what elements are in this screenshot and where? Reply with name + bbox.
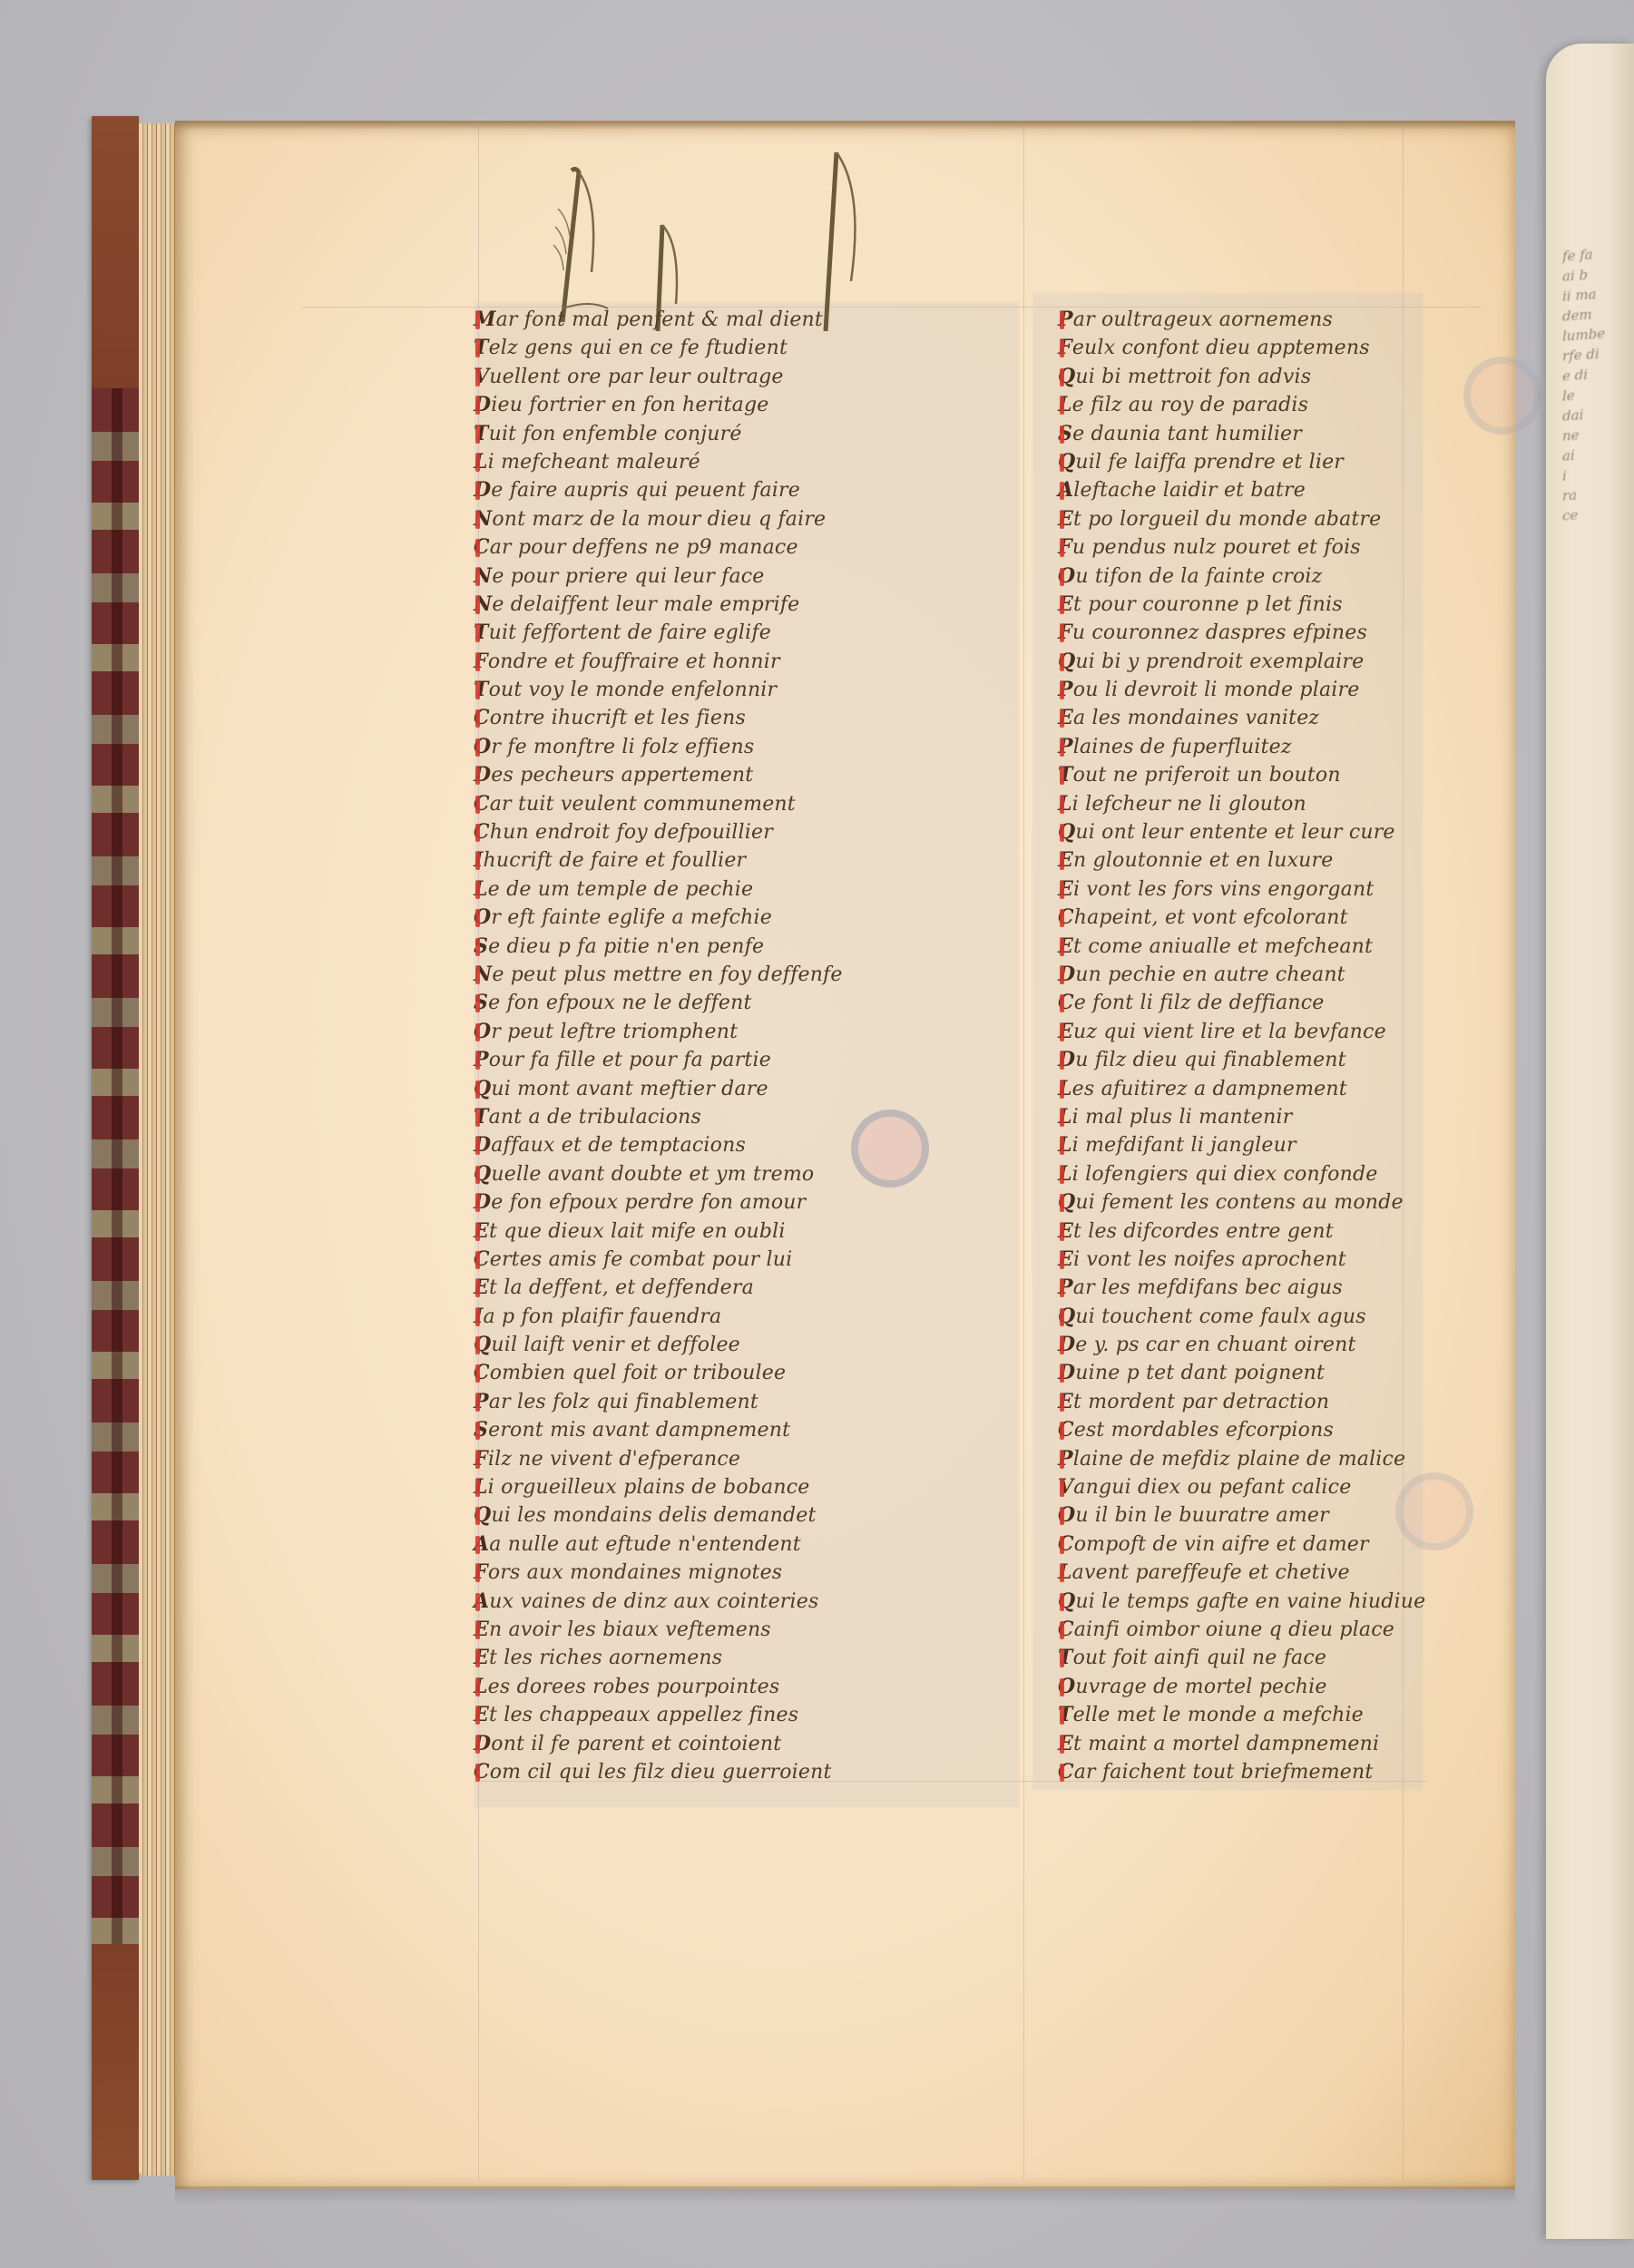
verse-text: ar font mal penfent & mal dient: [496, 308, 823, 331]
rubricated-initial: Q: [1058, 648, 1075, 676]
verse-text: un pechie en autre cheant: [1075, 963, 1345, 986]
verse-line: Plaines de fuperfluitez: [1058, 733, 1530, 761]
verse-text: r fe monftre li folz effiens: [491, 736, 754, 758]
verse-text: hucrift de faire et foullier: [484, 849, 747, 872]
rubricated-initial: O: [474, 733, 491, 761]
verse-line: Et les chappeaux appellez fines: [474, 1701, 982, 1729]
verse-line: Car faichent tout briefmement: [1058, 1758, 1530, 1786]
leaf-bottom-shadow: [175, 2186, 1515, 2204]
verse-text: i orgueilleux plains de bobance: [488, 1476, 810, 1499]
rubricated-initial: T: [474, 676, 489, 704]
verse-text: a p fon plaifir fauendra: [484, 1305, 722, 1328]
verse-text: hun endroit foy defpouillier: [490, 821, 773, 844]
verse-text: om cil qui les filz dieu guerroient: [490, 1761, 832, 1784]
verse-text: est mordables efcorpions: [1074, 1419, 1334, 1442]
verse-text: ontre ihucrift et les fiens: [490, 707, 746, 729]
rubricated-initial: D: [474, 1730, 491, 1758]
verse-text: ompoft de vin aifre et damer: [1074, 1533, 1369, 1556]
rubricated-initial: Q: [1058, 1588, 1075, 1616]
rubricated-initial: T: [474, 619, 489, 647]
verse-line: Ia p fon plaifir fauendra: [474, 1303, 982, 1331]
rubricated-initial: D: [1058, 1359, 1075, 1387]
verse-line: Qui les mondains delis demandet: [474, 1501, 982, 1530]
verse-text: i lofengiers qui diex confonde: [1072, 1163, 1378, 1186]
verse-line: Quil fe laiffa prendre et lier: [1058, 448, 1530, 476]
verse-text: t les chappeaux appellez fines: [489, 1704, 798, 1726]
verse-line: Li mal plus li mantenir: [1058, 1103, 1530, 1131]
rubricated-initial: F: [474, 1559, 488, 1587]
verse-text: affaux et de temptacions: [491, 1134, 746, 1157]
rubricated-initial: Q: [1058, 818, 1075, 846]
verse-line: Aux vaines de dinz aux cointeries: [474, 1588, 982, 1616]
verse-text: ont marz de la mour dieu q faire: [492, 508, 826, 531]
rubricated-initial: P: [1058, 733, 1073, 761]
recto-visible-text: fe faai bii mademlumberfe die diledainea…: [1562, 243, 1606, 525]
verse-line: Et maint a mortel dampnemeni: [1058, 1730, 1530, 1758]
verse-text: e fon efpoux perdre fon amour: [491, 1191, 806, 1214]
rubricated-initial: E: [1058, 1246, 1073, 1274]
verse-text: ui mont avant meftier dare: [491, 1078, 768, 1100]
verse-line: Filz ne vivent d'efperance: [474, 1445, 982, 1473]
rubricated-initial: D: [1058, 1331, 1075, 1359]
verse-line: Se dieu p fa pitie n'en penfe: [474, 933, 982, 961]
verse-line: Pour fa fille et pour fa partie: [474, 1046, 982, 1074]
verse-line: Feulx confont dieu apptemens: [1058, 334, 1530, 362]
rubricated-initial: S: [474, 933, 488, 961]
verse-text: avent pareffeufe et chetive: [1072, 1561, 1350, 1584]
verse-line: Se fon efpoux ne le deffent: [474, 989, 982, 1017]
verse-text: eront mis avant dampnement: [488, 1419, 790, 1442]
verse-line: Lavent pareffeufe et chetive: [1058, 1559, 1530, 1587]
verse-line: Car pour deffens ne p9 manace: [474, 533, 982, 562]
verse-line: Tant a de tribulacions: [474, 1103, 982, 1131]
recto-fragment: ce: [1562, 503, 1606, 525]
verse-line: Et po lorgueil du monde abatre: [1058, 505, 1530, 533]
verse-text: t la deffent, et deffendera: [489, 1276, 754, 1299]
rubricated-initial: Q: [474, 1160, 491, 1188]
verse-text: leftache laidir et batre: [1073, 479, 1306, 502]
verse-text: e daunia tant humilier: [1072, 423, 1302, 445]
verse-line: Li lefcheur ne li glouton: [1058, 790, 1530, 818]
rubricated-initial: F: [474, 1445, 488, 1473]
rubricated-initial: C: [474, 533, 490, 562]
verse-text: uine p tet dant poignent: [1075, 1362, 1325, 1384]
rubricated-initial: C: [474, 790, 490, 818]
rubricated-initial: Q: [1058, 1188, 1075, 1217]
verse-line: Tout voy le monde enfelonnir: [474, 676, 982, 704]
verse-line: Fors aux mondaines mignotes: [474, 1559, 982, 1587]
verse-line: Le filz au roy de paradis: [1058, 391, 1530, 419]
verse-line: Ea les mondaines vanitez: [1058, 704, 1530, 732]
verse-line: Le de um temple de pechie: [474, 875, 982, 904]
rubricated-initial: L: [1058, 1559, 1072, 1587]
verse-text: ombien quel foit or triboulee: [490, 1362, 787, 1384]
verse-text: e peut plus mettre en foy deffenfe: [492, 963, 842, 986]
verse-text: u tifon de la fainte croiz: [1075, 565, 1322, 588]
rubricated-initial: E: [1058, 505, 1073, 533]
rubricated-initial: T: [1058, 1644, 1073, 1672]
rubricated-initial: N: [474, 562, 492, 591]
rubricated-initial: E: [1058, 846, 1073, 875]
verse-text: ors aux mondaines mignotes: [488, 1561, 782, 1584]
verse-text: uil fe laiffa prendre et lier: [1075, 451, 1344, 474]
verse-text: ar pour deffens ne p9 manace: [490, 536, 798, 559]
verse-text: ar tuit veulent communement: [490, 793, 796, 816]
verse-text: angui diex ou pefant calice: [1073, 1476, 1351, 1499]
verse-text: t maint a mortel dampnemeni: [1073, 1733, 1379, 1755]
verse-text: n gloutonnie et en luxure: [1073, 849, 1334, 872]
rubricated-initial: D: [474, 1131, 491, 1159]
cadel-flourish-1: [535, 163, 626, 327]
rubricated-initial: P: [474, 1046, 489, 1074]
rubricated-initial: D: [474, 476, 491, 504]
rubricated-initial: O: [1058, 1501, 1075, 1530]
rubricated-initial: C: [474, 1246, 490, 1274]
rubricated-initial: L: [474, 875, 488, 904]
rubricated-initial: P: [1058, 1274, 1073, 1302]
rubricated-initial: Q: [1058, 448, 1075, 476]
verse-line: De faire aupris qui peuent faire: [474, 476, 982, 504]
verse-text: uil laift venir et deffolee: [491, 1334, 740, 1356]
verse-line: Fu pendus nulz pouret et fois: [1058, 533, 1530, 562]
rubricated-initial: L: [474, 1473, 488, 1501]
verse-text: uit feffortent de faire eglife: [489, 621, 771, 644]
rubricated-initial: A: [474, 1588, 489, 1616]
verse-line: En gloutonnie et en luxure: [1058, 846, 1530, 875]
verse-text: laine de mefdiz plaine de malice: [1073, 1448, 1406, 1471]
verse-line: Et mordent par detraction: [1058, 1388, 1530, 1416]
rubricated-initial: N: [474, 961, 492, 989]
rubricated-initial: E: [1058, 704, 1073, 732]
rubricated-initial: Q: [1058, 363, 1075, 391]
verse-text: hapeint, et vont efcolorant: [1074, 906, 1348, 929]
verse-line: Ne delaiffent leur male emprife: [474, 591, 982, 619]
verse-line: Ne pour priere qui leur face: [474, 562, 982, 591]
verse-text: ui touchent come faulx agus: [1075, 1305, 1365, 1328]
verse-column-right: Par oultrageux aornemensFeulx confont di…: [1058, 306, 1530, 1786]
verse-text: ui fement les contens au monde: [1075, 1191, 1403, 1214]
verse-line: Cest mordables efcorpions: [1058, 1416, 1530, 1444]
rubricated-initial: P: [474, 1388, 489, 1416]
verse-line: Et pour couronne p let finis: [1058, 591, 1530, 619]
verse-line: Dun pechie en autre cheant: [1058, 961, 1530, 989]
rubricated-initial: F: [474, 648, 488, 676]
verse-line: Par les mefdifans bec aigus: [1058, 1274, 1530, 1302]
verse-line: Or eft fainte eglife a mefchie: [474, 904, 982, 932]
verse-line: Fondre et fouffraire et honnir: [474, 648, 982, 676]
verse-line: Combien quel foit or triboulee: [474, 1359, 982, 1387]
rubricated-initial: C: [1058, 1416, 1074, 1444]
verse-line: Cainfi oimbor oiune q dieu place: [1058, 1616, 1530, 1644]
ruling-column-divider: [1023, 121, 1024, 2180]
verse-text: out foit ainfi quil ne face: [1073, 1647, 1327, 1669]
rubricated-initial: O: [474, 904, 491, 932]
verse-text: t les difcordes entre gent: [1073, 1220, 1334, 1243]
verse-line: Telle met le monde a mefchie: [1058, 1701, 1530, 1729]
verse-column-left: Mar font mal penfent & mal dientTelz gen…: [474, 306, 982, 1786]
verse-line: Or fe monftre li folz effiens: [474, 733, 982, 761]
rubricated-initial: A: [1058, 476, 1073, 504]
verse-line: Li lofengiers qui diex confonde: [1058, 1160, 1530, 1188]
verse-line: Plaine de mefdiz plaine de malice: [1058, 1445, 1530, 1473]
rubricated-initial: E: [474, 1701, 489, 1729]
verse-text: ertes amis fe combat pour lui: [490, 1248, 793, 1271]
verse-line: Du filz dieu qui finablement: [1058, 1046, 1530, 1074]
verse-text: ar oultrageux aornemens: [1073, 308, 1333, 331]
verse-line: Contre ihucrift et les fiens: [474, 704, 982, 732]
verse-text: e font li filz de deffiance: [1074, 992, 1325, 1014]
verse-text: ondre et fouffraire et honnir: [488, 650, 780, 673]
rubricated-initial: S: [1058, 420, 1072, 448]
verse-line: Tout ne priferoit un bouton: [1058, 761, 1530, 789]
rubricated-initial: M: [474, 306, 496, 334]
rubricated-initial: C: [474, 818, 490, 846]
verse-text: i vont les fors vins engorgant: [1073, 878, 1374, 901]
rubricated-initial: C: [474, 1359, 490, 1387]
verse-text: u pendus nulz pouret et fois: [1072, 536, 1361, 559]
verse-line: Pou li devroit li monde plaire: [1058, 676, 1530, 704]
verse-text: e faire aupris qui peuent faire: [491, 479, 800, 502]
verse-text: i vont les noifes aprochent: [1073, 1248, 1346, 1271]
binding-marbled-paper: [92, 388, 139, 1949]
rubricated-initial: C: [474, 704, 490, 732]
verse-line: Li mefcheant maleuré: [474, 448, 982, 476]
rubricated-initial: C: [1058, 1530, 1074, 1559]
verse-line: Li mefdifant li jangleur: [1058, 1131, 1530, 1159]
verse-text: uelle avant doubte et ym tremo: [491, 1163, 814, 1186]
verse-line: Qui bi y prendroit exemplaire: [1058, 648, 1530, 676]
verse-text: t les riches aornemens: [489, 1647, 722, 1669]
rubricated-initial: E: [1058, 875, 1073, 904]
verse-text: r eft fainte eglife a mefchie: [491, 906, 772, 929]
verse-line: Qui fement les contens au monde: [1058, 1188, 1530, 1217]
verse-line: Les dorees robes pourpointes: [474, 1673, 982, 1701]
verse-text: i mal plus li mantenir: [1072, 1106, 1293, 1129]
verse-line: Vangui diex ou pefant calice: [1058, 1473, 1530, 1501]
verse-line: Ce font li filz de deffiance: [1058, 989, 1530, 1017]
rubricated-initial: L: [1058, 1075, 1072, 1103]
verse-text: u il bin le buuratre amer: [1075, 1504, 1329, 1527]
rubricated-initial: E: [474, 1274, 489, 1302]
rubricated-initial: L: [1058, 790, 1072, 818]
verse-line: Fu couronnez daspres efpines: [1058, 619, 1530, 647]
verse-text: e pour priere qui leur face: [492, 565, 764, 588]
verse-text: ar faichent tout briefmement: [1074, 1761, 1374, 1784]
verse-text: ainfi oimbor oiune q dieu place: [1074, 1618, 1394, 1641]
verse-line: Et come aniualle et mefcheant: [1058, 933, 1530, 961]
verse-text: e fon efpoux ne le deffent: [488, 992, 751, 1014]
verse-text: e dieu p fa pitie n'en penfe: [488, 935, 764, 958]
verse-text: ux vaines de dinz aux cointeries: [489, 1590, 818, 1613]
rubricated-initial: D: [474, 391, 491, 419]
verse-text: ilz ne vivent d'efperance: [488, 1448, 740, 1471]
verse-text: u filz dieu qui finablement: [1075, 1049, 1345, 1071]
verse-text: ui le temps gafte en vaine hiudiue: [1075, 1590, 1425, 1613]
verse-text: eulx confont dieu apptemens: [1072, 337, 1370, 359]
binding-leather-bottom: [92, 1944, 139, 2180]
binding-leather-top: [92, 116, 139, 388]
rubricated-initial: F: [1058, 334, 1072, 362]
verse-text: e y. ps car en chuant oirent: [1075, 1334, 1355, 1356]
verse-line: Ei vont les fors vins engorgant: [1058, 875, 1530, 904]
rubricated-initial: P: [1058, 1445, 1073, 1473]
rubricated-initial: L: [1058, 391, 1072, 419]
verse-line: Com cil qui les filz dieu guerroient: [474, 1758, 982, 1786]
verse-text: i mefcheant maleuré: [488, 451, 700, 474]
verse-line: Ihucrift de faire et foullier: [474, 846, 982, 875]
rubricated-initial: T: [474, 1103, 489, 1131]
verse-line: De fon efpoux perdre fon amour: [474, 1188, 982, 1217]
rubricated-initial: O: [1058, 1673, 1075, 1701]
rubricated-initial: N: [474, 505, 492, 533]
rubricated-initial: V: [1058, 1473, 1073, 1501]
verse-line: Compoft de vin aifre et damer: [1058, 1530, 1530, 1559]
verse-text: e delaiffent leur male emprife: [492, 593, 799, 616]
rubricated-initial: C: [474, 1758, 490, 1786]
rubricated-initial: V: [474, 363, 489, 391]
verse-text: ar les folz qui finablement: [489, 1391, 758, 1413]
verse-text: e filz au roy de paradis: [1072, 394, 1308, 416]
verse-line: En avoir les biaux veftemens: [474, 1616, 982, 1644]
verse-line: Daffaux et de temptacions: [474, 1131, 982, 1159]
verse-text: ar les mefdifans bec aigus: [1073, 1276, 1343, 1299]
verse-text: t come aniualle et mefcheant: [1073, 935, 1373, 958]
verse-line: Tuit fon enfemble conjuré: [474, 420, 982, 448]
verse-text: out voy le monde enfelonnir: [489, 679, 778, 701]
verse-line: Ou il bin le buuratre amer: [1058, 1501, 1530, 1530]
verse-text: laines de fuperfluitez: [1073, 736, 1292, 758]
rubricated-initial: L: [1058, 1131, 1072, 1159]
verse-text: a nulle aut eftude n'entendent: [489, 1533, 800, 1556]
rubricated-initial: S: [474, 989, 488, 1017]
verse-line: Certes amis fe combat pour lui: [474, 1246, 982, 1274]
rubricated-initial: E: [1058, 933, 1073, 961]
rubricated-initial: L: [474, 448, 488, 476]
rubricated-initial: P: [1058, 676, 1073, 704]
verse-text: ui les mondains delis demandet: [491, 1504, 816, 1527]
verse-line: Ouvrage de mortel pechie: [1058, 1673, 1530, 1701]
verse-line: Vuellent ore par leur oultrage: [474, 363, 982, 391]
verse-line: Qui bi mettroit fon advis: [1058, 363, 1530, 391]
verse-text: ou li devroit li monde plaire: [1073, 679, 1360, 701]
verse-line: Tout foit ainfi quil ne face: [1058, 1644, 1530, 1672]
verse-line: Tuit feffortent de faire eglife: [474, 619, 982, 647]
verse-line: Ou tifon de la fainte croiz: [1058, 562, 1530, 591]
verse-line: Dieu fortrier en fon heritage: [474, 391, 982, 419]
verse-line: Qui touchent come faulx agus: [1058, 1303, 1530, 1331]
verse-line: Des pecheurs appertement: [474, 761, 982, 789]
verse-text: t mordent par detraction: [1073, 1391, 1329, 1413]
verse-line: Duine p tet dant poignent: [1058, 1359, 1530, 1387]
verse-text: a les mondaines vanitez: [1073, 707, 1319, 729]
verse-line: Par les folz qui finablement: [474, 1388, 982, 1416]
rubricated-initial: D: [1058, 961, 1075, 989]
rubricated-initial: C: [1058, 1616, 1074, 1644]
verse-text: ui bi y prendroit exemplaire: [1075, 650, 1364, 673]
rubricated-initial: O: [474, 1018, 491, 1046]
rubricated-initial: E: [1058, 1217, 1073, 1246]
verse-text: uvrage de mortel pechie: [1075, 1676, 1326, 1698]
verse-line: Ei vont les noifes aprochent: [1058, 1246, 1530, 1274]
verse-text: out ne priferoit un bouton: [1073, 764, 1341, 787]
rubricated-initial: T: [1058, 1701, 1073, 1729]
verse-line: Mar font mal penfent & mal dient: [474, 306, 982, 334]
rubricated-initial: A: [474, 1530, 489, 1559]
rubricated-initial: L: [1058, 1160, 1072, 1188]
verse-text: elle met le monde a mefchie: [1073, 1704, 1364, 1726]
verse-line: Qui le temps gafte en vaine hiudiue: [1058, 1588, 1530, 1616]
rubricated-initial: D: [1058, 1046, 1075, 1074]
rubricated-initial: E: [1058, 1018, 1073, 1046]
rubricated-initial: I: [474, 1303, 484, 1331]
verse-text: t pour couronne p let finis: [1073, 593, 1343, 616]
book-binding: [92, 116, 139, 2180]
verse-text: uit fon enfemble conjuré: [489, 423, 742, 445]
verse-line: Et les riches aornemens: [474, 1644, 982, 1672]
rubricated-initial: C: [1058, 1758, 1074, 1786]
verse-line: Et les difcordes entre gent: [1058, 1217, 1530, 1246]
rubricated-initial: E: [474, 1217, 489, 1246]
verse-line: Aa nulle aut eftude n'entendent: [474, 1530, 982, 1559]
verse-line: Se daunia tant humilier: [1058, 420, 1530, 448]
rubricated-initial: F: [1058, 619, 1072, 647]
verse-line: Qui ont leur entente et leur cure: [1058, 818, 1530, 846]
verse-line: Chun endroit foy defpouillier: [474, 818, 982, 846]
verse-text: e de um temple de pechie: [488, 878, 754, 901]
verse-line: Dont il fe parent et cointoient: [474, 1730, 982, 1758]
verse-line: Et que dieux lait mife en oubli: [474, 1217, 982, 1246]
verse-text: t po lorgueil du monde abatre: [1073, 508, 1381, 531]
rubricated-initial: C: [1058, 989, 1074, 1017]
verse-line: Les afuitirez a dampnement: [1058, 1075, 1530, 1103]
verse-text: es dorees robes pourpointes: [488, 1676, 780, 1698]
verse-text: t que dieux lait mife en oubli: [489, 1220, 786, 1243]
verse-line: Aleftache laidir et batre: [1058, 476, 1530, 504]
rubricated-initial: D: [474, 1188, 491, 1217]
verse-text: uz qui vient lire et la bevfance: [1073, 1021, 1386, 1043]
rubricated-initial: L: [1058, 1103, 1072, 1131]
verse-text: es afuitirez a dampnement: [1072, 1078, 1347, 1100]
rubricated-initial: T: [1058, 761, 1073, 789]
rubricated-initial: Q: [474, 1501, 491, 1530]
verse-text: r peut leftre triomphent: [491, 1021, 738, 1043]
verse-line: Par oultrageux aornemens: [1058, 306, 1530, 334]
verse-line: Euz qui vient lire et la bevfance: [1058, 1018, 1530, 1046]
rubricated-initial: Q: [1058, 1303, 1075, 1331]
rubricated-initial: Q: [474, 1075, 491, 1103]
verse-text: i lefcheur ne li glouton: [1072, 793, 1306, 816]
verse-text: uellent ore par leur oultrage: [489, 366, 783, 388]
rubricated-initial: D: [474, 761, 491, 789]
rubricated-initial: E: [1058, 591, 1073, 619]
recto-fragment: lumbe: [1562, 323, 1606, 346]
rubricated-initial: P: [1058, 306, 1073, 334]
verse-text: ui bi mettroit fon advis: [1075, 366, 1311, 388]
rubricated-initial: L: [474, 1673, 488, 1701]
rubricated-initial: E: [1058, 1388, 1073, 1416]
verse-text: our fa fille et pour fa partie: [489, 1049, 771, 1071]
verse-text: elz gens qui en ce fe ftudient: [489, 337, 788, 359]
rubricated-initial: S: [474, 1416, 488, 1444]
verse-line: Li orgueilleux plains de bobance: [474, 1473, 982, 1501]
verse-line: De y. ps car en chuant oirent: [1058, 1331, 1530, 1359]
verse-line: Ne peut plus mettre en foy deffenfe: [474, 961, 982, 989]
rubricated-initial: O: [1058, 562, 1075, 591]
rubricated-initial: C: [1058, 904, 1074, 932]
rubricated-initial: E: [474, 1616, 489, 1644]
rubricated-initial: Q: [474, 1331, 491, 1359]
verse-line: Nont marz de la mour dieu q faire: [474, 505, 982, 533]
